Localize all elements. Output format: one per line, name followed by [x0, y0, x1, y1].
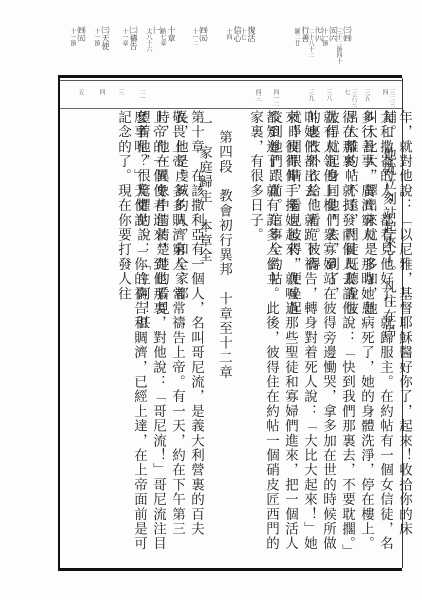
verse-number: 三九 [307, 89, 314, 101]
text-column: 麽事呢？」天使說：「你的禱告和賙濟，已經上達，在上帝面前是可記念的了。現在你要打… [115, 110, 147, 560]
verse-number: 三 [117, 89, 124, 95]
verse-number: 五 [77, 89, 84, 95]
verse-number: 三五 [363, 89, 370, 101]
scanned-page: ㈢㈣三十二節四十 ㈤㈥十一節 ㈦㈧二十八十二 行善羅二廿 復活十七 信心十四 ㈣… [0, 0, 422, 600]
margin-notes: ㈢㈣三十二節四十 ㈤㈥十一節 ㈦㈧二十八十二 行善羅二廿 復活十七 信心十四 ㈣… [62, 26, 352, 72]
verse-number-strip: 三二三四 三五 三六三七 三八 三九 四一二 四三 二一 三 四 五 [60, 82, 402, 109]
margin-note: 信心十四 [224, 26, 242, 42]
margin-note: ㈣㈤十一二 [190, 26, 208, 46]
verse-number: 四一二 [272, 89, 279, 107]
margin-note: 行善羅二廿 [292, 26, 310, 46]
margin-note: ㈠太八十六 [144, 26, 162, 52]
text-frame: 新約全書 使徒行傳 第十章 三百四十二 三二三四 三五 三六三七 三八 三九 四… [58, 75, 402, 571]
frame-rule [60, 80, 402, 81]
verse-number: 二一 [138, 89, 145, 101]
text-column: 都知道了，就有許多人信主。此後，彼得住在約帖一個硝皮匠西門的家裏，有很多日子。 [247, 110, 279, 560]
verse-number: 三二三四 [381, 89, 395, 108]
margin-note: ㈡禱告十一章 [120, 26, 138, 50]
verse-number: 三八 [325, 89, 332, 101]
verse-number: 四 [98, 89, 105, 95]
margin-note: ㈣㈤十一節 [68, 26, 86, 46]
margin-note: ㈢天使十一節 [92, 26, 110, 50]
verse-number: 四三 [254, 89, 261, 101]
section-heading: 第四段 教會初行異邦 十章至十二章 [216, 130, 232, 580]
verse-number: 三六三七 [343, 89, 357, 108]
